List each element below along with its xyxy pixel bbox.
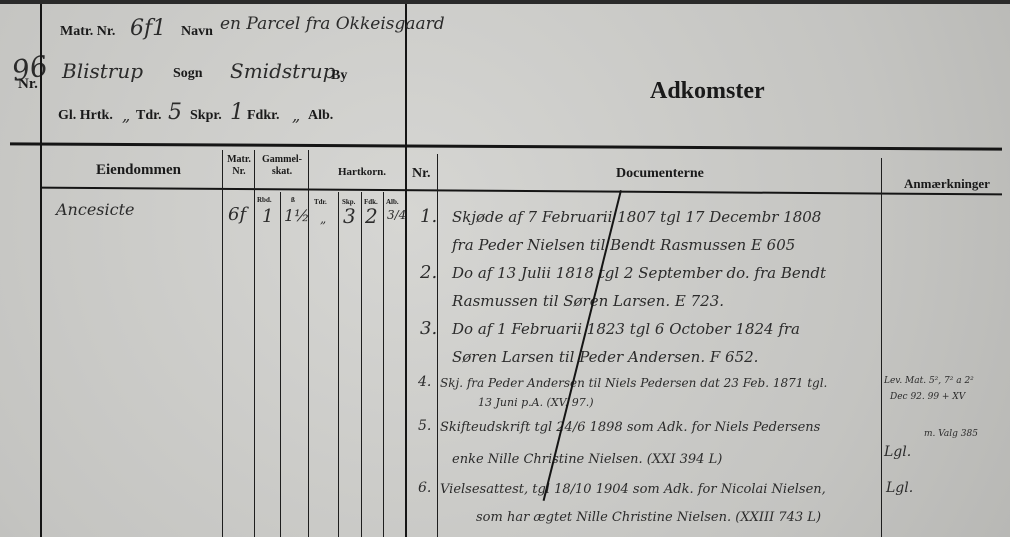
col-header-matr-nr: Matr. Nr. (226, 154, 252, 178)
sub-header-alb: Alb. (386, 198, 399, 206)
doc-entry-nr: 2. (420, 262, 437, 283)
col-header-eiendommen: Eiendommen (96, 162, 181, 179)
col-divider (361, 192, 362, 537)
doc-entry-nr: 5. (418, 418, 431, 434)
center-divider-line (405, 4, 407, 537)
navn-label: Navn (181, 24, 213, 40)
skpr-value: 1 (230, 100, 244, 125)
sogn-value: Blistrup (62, 59, 143, 83)
column-header-rule (40, 187, 1002, 196)
nr-label: Nr. (18, 76, 38, 93)
sub-header-sk: ß (291, 196, 295, 204)
annotation-line: Lev. Mat. 5², 7² a 2² (884, 376, 974, 386)
by-value: Smidstrup (230, 59, 335, 83)
col-divider (254, 150, 255, 537)
doc-entry-line: Skifteudskrift tgl 24/6 1898 som Adk. fo… (440, 420, 820, 435)
col-header-hartkorn: Hartkorn. (338, 166, 386, 178)
gl-hrtk-label: Gl. Hrtk. (58, 108, 113, 124)
col-header-nr: Nr. (412, 166, 431, 182)
matr-nr-value: 6f1 (130, 16, 166, 41)
gammelskat-header-text: Gammel-skat. (262, 154, 302, 177)
matr-nr-cell: 6f (228, 204, 246, 225)
doc-entry-line: enke Nille Christine Nielsen. (XXI 394 L… (452, 452, 722, 467)
doc-entry-nr: 3. (420, 318, 437, 339)
col-header-gammelskat: Gammel-skat. (258, 154, 306, 178)
doc-entry-line: 13 Juni p.A. (XV. 97.) (478, 396, 593, 409)
col-divider (383, 192, 384, 537)
doc-entry-line: Do af 13 Julii 1818 tgl 2 September do. … (452, 264, 826, 282)
navn-value-text: en Parcel fra Okkeisgaard (220, 14, 445, 34)
annotation-line: Lgl. (884, 444, 911, 460)
matr-nr-label: Matr. Nr. (60, 24, 115, 40)
col-header-anmaerkninger: Anmærkninger (904, 176, 990, 192)
sub-header-rbd: Rbd. (257, 196, 272, 204)
doc-entry-nr: 4. (418, 374, 431, 390)
col-divider (280, 192, 281, 537)
doc-entry-line: Do af 1 Februarii 1823 tgl 6 October 182… (452, 320, 800, 338)
navn-value: en Parcel fra Okkeisgaard (220, 12, 445, 36)
doc-entry-nr: 1. (420, 206, 437, 227)
tdr-label: Tdr. (136, 108, 162, 124)
doc-entry-line: Søren Larsen til Peder Andersen. F 652. (452, 348, 758, 366)
adkomster-title: Adkomster (650, 78, 765, 105)
annotation-line: m. Valg 385 (924, 429, 978, 439)
fdkr-label: Fdkr. (247, 108, 280, 124)
fdkr-value: „ (292, 106, 300, 125)
skp-cell: 3 (343, 204, 356, 228)
register-page: 96 Nr. Matr. Nr. 6f1 Navn en Parcel fra … (0, 4, 1010, 537)
col-header-documenterne: Documenterne (616, 166, 704, 182)
by-label: By (331, 68, 347, 84)
annotation-line: Lgl. (886, 480, 913, 496)
gl-hrtk-value: „ (122, 106, 130, 125)
doc-entry-line: Rasmussen til Søren Larsen. E 723. (452, 292, 724, 310)
doc-entry-line: som har ægtet Nille Christine Nielsen. (… (476, 510, 821, 525)
doc-entry-line: Vielsesattest, tgl 18/10 1904 som Adk. f… (440, 482, 826, 497)
tdr-value: 5 (168, 100, 182, 125)
annotation-line: Dec 92. 99 + XV (890, 392, 965, 402)
tdr-cell: „ (320, 212, 326, 226)
fdk-cell: 2 (365, 204, 378, 228)
rbd-cell: 1 (262, 206, 273, 227)
doc-entry-line: Skjøde af 7 Februarii 1807 tgl 17 Decemb… (452, 208, 821, 226)
doc-entry-nr: 6. (418, 480, 431, 496)
matr-nr-header-text: Matr. Nr. (227, 154, 251, 177)
alb-label: Alb. (308, 108, 333, 124)
alb-cell: 3/4 (387, 208, 406, 222)
skpr-label: Skpr. (190, 108, 222, 124)
left-margin-line (40, 4, 42, 537)
sk-cell: 1½ (284, 206, 310, 225)
col-divider (222, 150, 223, 537)
sogn-label: Sogn (173, 66, 203, 82)
sub-header-tdr: Tdr. (314, 198, 327, 206)
eiendommen-value: Ancesicte (56, 200, 134, 219)
doc-entry-line: Skj. fra Peder Andersen til Niels Peders… (440, 376, 827, 390)
col-divider (881, 158, 882, 537)
doc-entry-line: fra Peder Nielsen til Bendt Rasmussen E … (452, 236, 795, 254)
header-bottom-rule (10, 142, 1002, 150)
col-divider (338, 192, 339, 537)
